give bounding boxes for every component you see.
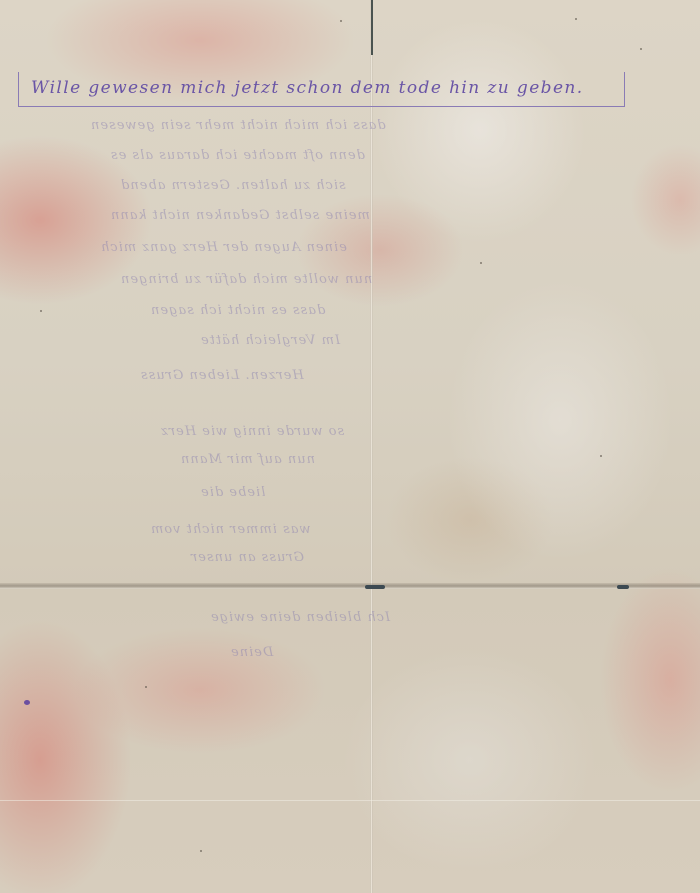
fold-mark xyxy=(365,585,385,589)
lower-fold-line xyxy=(0,800,700,801)
bleed-through-line: einen Augen der Herz ganz mich xyxy=(100,240,347,255)
speck xyxy=(600,455,602,457)
bleed-through-line: nun wollte mich dafür zu bringen xyxy=(120,272,372,287)
bleed-through-line: liebe die xyxy=(200,485,265,500)
speck xyxy=(145,686,147,688)
vertical-fold-crease xyxy=(370,0,373,893)
bleed-through-line: Herzen. Lieben Gruss xyxy=(140,368,304,383)
bleed-through-line: dass es nicht ich sagen xyxy=(150,303,325,318)
bleed-through-line: dass ich mich nicht mehr sein gewesen xyxy=(90,118,386,133)
speck xyxy=(40,310,42,312)
ink-blot xyxy=(24,700,30,705)
bleed-through-line: so wurde innig wie Herz xyxy=(160,424,344,439)
vertical-fold-ink-line xyxy=(371,0,373,55)
bleed-through-line: was immer nicht vom xyxy=(150,522,311,537)
bleed-through-line: nun auf mir Mann xyxy=(180,452,315,467)
bleed-through-line: Im Vergleich hätte xyxy=(200,333,340,348)
speck xyxy=(575,18,577,20)
bleed-through-line: Ich bleiben deine ewige xyxy=(210,610,390,625)
bleed-through-line: Gruss an unser xyxy=(190,550,304,565)
horizontal-fold-crease xyxy=(0,583,700,589)
speck xyxy=(640,48,642,50)
headline-text: Wille gewesen mich jetzt schon dem tode … xyxy=(31,78,584,98)
bleed-through-line: sich zu halten. Gestern abend xyxy=(120,178,346,193)
letter-page: Wille gewesen mich jetzt schon dem tode … xyxy=(0,0,700,893)
bleed-through-line: Deine xyxy=(230,645,273,660)
speck xyxy=(480,262,482,264)
bleed-through-line: meine selbst Gedanken nicht kann xyxy=(110,208,370,223)
speck xyxy=(340,20,342,22)
bleed-through-line: denn oft machte ich daraus als es xyxy=(110,148,365,163)
fold-mark xyxy=(617,585,629,589)
speck xyxy=(200,850,202,852)
bracketed-headline: Wille gewesen mich jetzt schon dem tode … xyxy=(18,72,625,107)
